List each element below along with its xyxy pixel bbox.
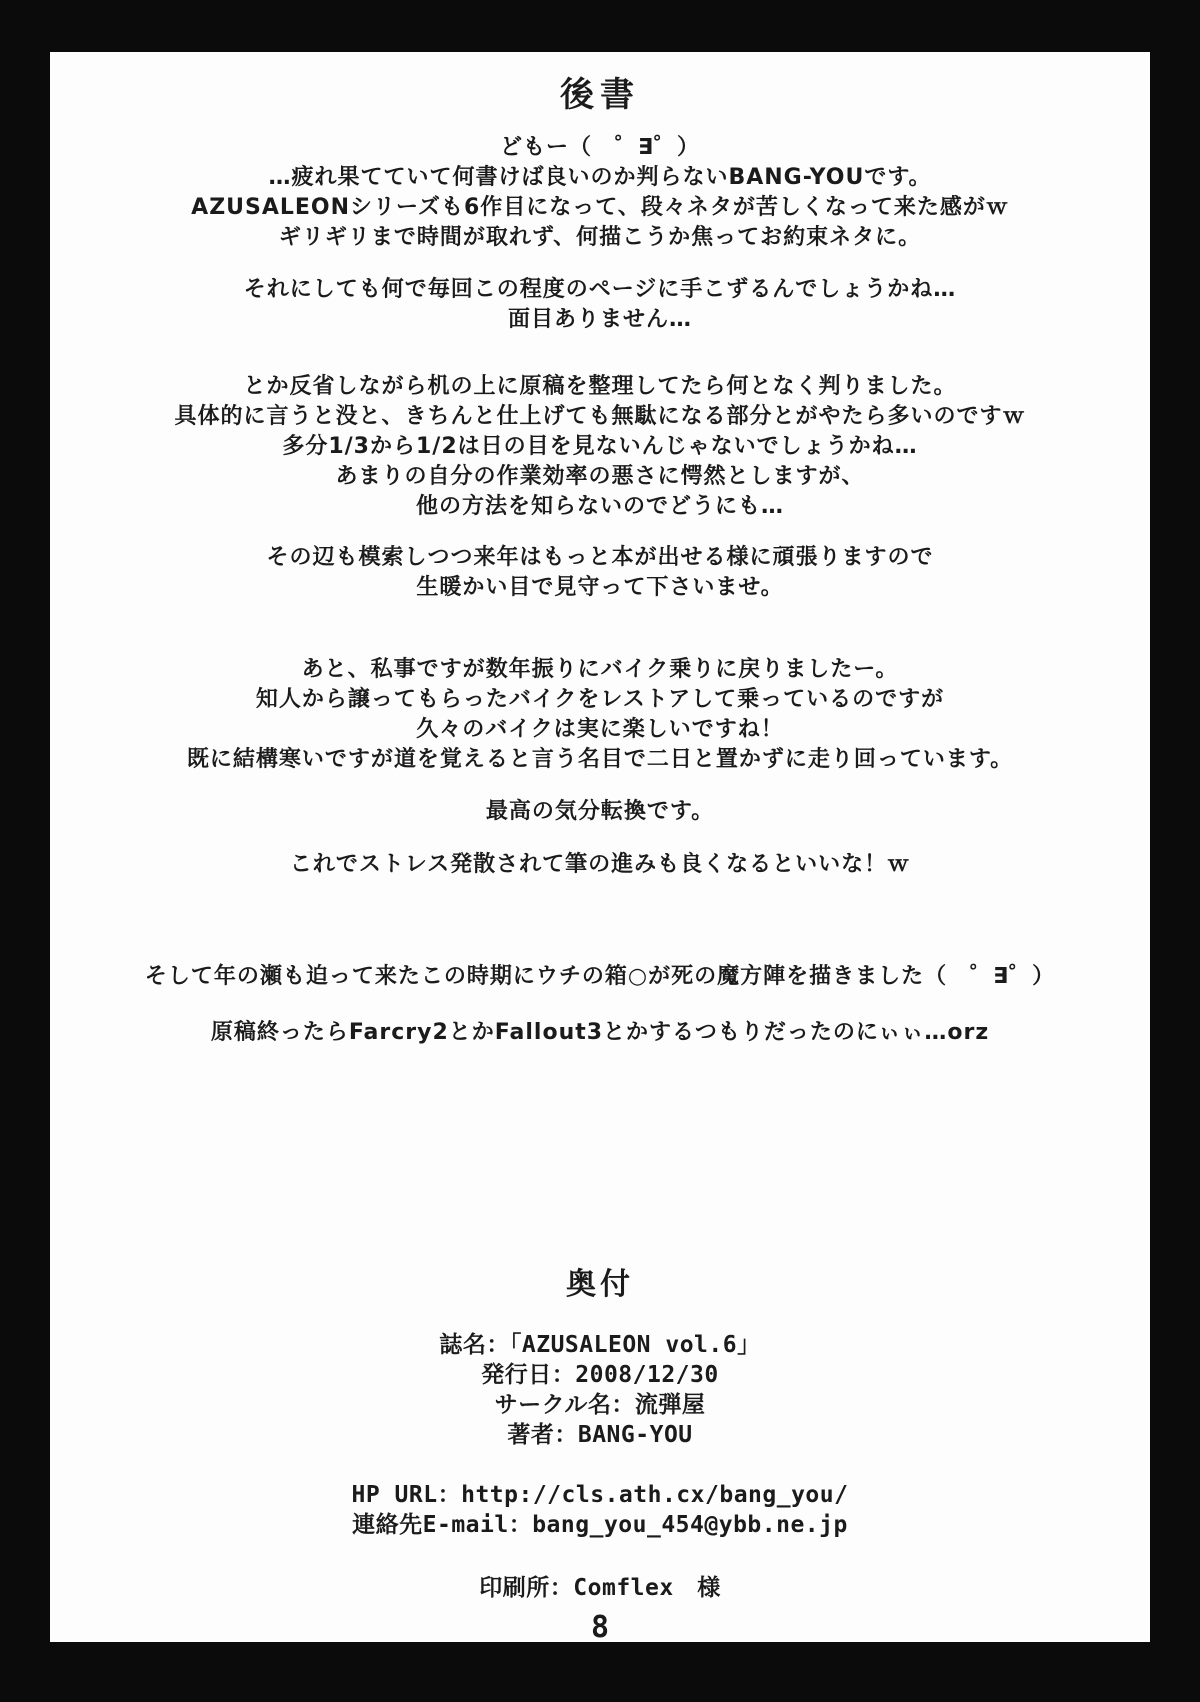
afterword-line: 既に結構寒いですが道を覚えると言う名目で二日と置かずに走り回っています。: [50, 745, 1150, 775]
afterword-paragraph: 原稿終ったらFarcry2とかFallout3とかするつもりだったのにぃぃ…or…: [50, 1018, 1150, 1048]
afterword-line: 面目ありません…: [50, 305, 1150, 335]
afterword-paragraph: とか反省しながら机の上に原稿を整理してたら何となく判りました。 具体的に言うと没…: [50, 372, 1150, 522]
afterword-paragraph: それにしても何で毎回この程度のページに手こずるんでしょうかね… 面目ありません…: [50, 275, 1150, 335]
afterword-line: これでストレス発散されて筆の進みも良くなるといいな！ｗ: [50, 850, 1150, 880]
afterword-line: …疲れ果てていて何書けば良いのか判らないBANG-YOUです。: [50, 163, 1150, 193]
colophon-contact-email: 連絡先E-mail：bang_you_454@ybb.ne.jp: [50, 1510, 1150, 1540]
afterword-paragraph: 最高の気分転換です。: [50, 797, 1150, 827]
scanned-page-background: 後書 どもー（ ゜∃゜） …疲れ果てていて何書けば良いのか判らないBANG-YO…: [0, 0, 1200, 1702]
afterword-line: AZUSALEONシリーズも6作目になって、段々ネタが苦しくなって来た感がｗ: [50, 193, 1150, 223]
afterword-line: 他の方法を知らないのでどうにも…: [50, 492, 1150, 522]
afterword-heading: 後書: [50, 52, 1150, 112]
colophon-section: 奥付 誌名：「AZUSALEON vol.6」 発行日：2008/12/30 サ…: [50, 1270, 1150, 1603]
afterword-line: とか反省しながら机の上に原稿を整理してたら何となく判りました。: [50, 372, 1150, 402]
colophon-printer: 印刷所：Comflex 様: [50, 1573, 1150, 1603]
afterword-line: 生暖かい目で見守って下さいませ。: [50, 573, 1150, 603]
colophon-publication-info: 誌名：「AZUSALEON vol.6」 発行日：2008/12/30 サークル…: [50, 1330, 1150, 1450]
afterword-line: 知人から譲ってもらったバイクをレストアして乗っているのですが: [50, 685, 1150, 715]
afterword-line: 多分1/3から1/2は日の目を見ないんじゃないでしょうかね…: [50, 432, 1150, 462]
afterword-paragraph: その辺も模索しつつ来年はもっと本が出せる様に頑張りますので 生暖かい目で見守って…: [50, 543, 1150, 603]
afterword-paragraph: あと、私事ですが数年振りにバイク乗りに戻りましたー。 知人から譲ってもらったバイ…: [50, 655, 1150, 775]
colophon-printer-info: 印刷所：Comflex 様: [50, 1573, 1150, 1603]
afterword-line: あまりの自分の作業効率の悪さに愕然としますが、: [50, 462, 1150, 492]
colophon-circle-name: サークル名：流弾屋: [50, 1390, 1150, 1420]
doujin-afterword-page: 後書 どもー（ ゜∃゜） …疲れ果てていて何書けば良いのか判らないBANG-YO…: [50, 52, 1150, 1642]
afterword-line: 久々のバイクは実に楽しいですね！: [50, 715, 1150, 745]
afterword-line: 原稿終ったらFarcry2とかFallout3とかするつもりだったのにぃぃ…or…: [50, 1018, 1150, 1048]
afterword-line: どもー（ ゜∃゜）: [50, 133, 1150, 163]
page-number: 8: [50, 1613, 1150, 1642]
afterword-line: ギリギリまで時間が取れず、何描こうか焦ってお約束ネタに。: [50, 223, 1150, 253]
afterword-line: あと、私事ですが数年振りにバイク乗りに戻りましたー。: [50, 655, 1150, 685]
colophon-homepage-url: HP URL：http://cls.ath.cx/bang_you/: [50, 1480, 1150, 1510]
colophon-book-title: 誌名：「AZUSALEON vol.6」: [50, 1330, 1150, 1360]
afterword-line: それにしても何で毎回この程度のページに手こずるんでしょうかね…: [50, 275, 1150, 305]
afterword-line: その辺も模索しつつ来年はもっと本が出せる様に頑張りますので: [50, 543, 1150, 573]
afterword-paragraph: これでストレス発散されて筆の進みも良くなるといいな！ｗ: [50, 850, 1150, 880]
afterword-paragraph: どもー（ ゜∃゜） …疲れ果てていて何書けば良いのか判らないBANG-YOUです…: [50, 133, 1150, 253]
afterword-line: そして年の瀬も迫って来たこの時期にウチの箱○が死の魔方陣を描きました（ ゜∃゜）: [50, 962, 1150, 992]
afterword-line: 具体的に言うと没と、きちんと仕上げても無駄になる部分とがやたら多いのですｗ: [50, 402, 1150, 432]
colophon-author: 著者：BANG-YOU: [50, 1420, 1150, 1450]
colophon-publish-date: 発行日：2008/12/30: [50, 1360, 1150, 1390]
colophon-contact-info: HP URL：http://cls.ath.cx/bang_you/ 連絡先E-…: [50, 1480, 1150, 1540]
afterword-line: 最高の気分転換です。: [50, 797, 1150, 827]
colophon-heading: 奥付: [50, 1270, 1150, 1300]
afterword-paragraph: そして年の瀬も迫って来たこの時期にウチの箱○が死の魔方陣を描きました（ ゜∃゜）: [50, 962, 1150, 992]
